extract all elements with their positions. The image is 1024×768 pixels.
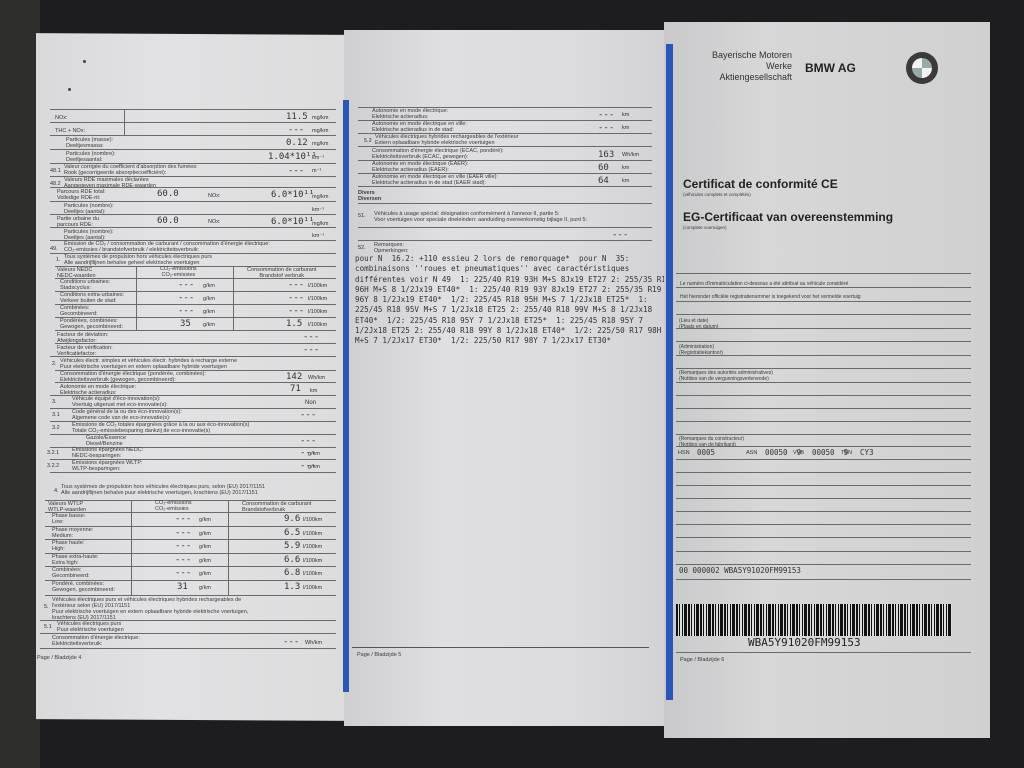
co2-value: ---: [178, 280, 194, 290]
label: Autonomie en mode électrique en ville (E…: [372, 174, 498, 186]
particulate-mass-value: 0.12: [286, 138, 308, 148]
electric-consumption-value: 142: [286, 372, 302, 382]
row-divider: [45, 595, 336, 596]
co2-value: ---: [178, 306, 194, 316]
label: Phase moyenne:Medium:: [52, 527, 93, 539]
row-divider: [55, 330, 336, 331]
co2-value: ---: [178, 293, 194, 303]
punch-hole: [83, 60, 86, 63]
label: Phase haute:High:: [52, 540, 84, 552]
unit: l/100km: [303, 517, 322, 523]
label: Autonomie en mode électrique en ville:El…: [372, 121, 467, 133]
unit: l/100km: [303, 544, 322, 550]
co2-value: ---: [175, 555, 191, 565]
page-footer: Page / Bladzijde 4: [37, 655, 81, 661]
value: ---: [300, 436, 316, 446]
fuel-value: 6.6: [284, 555, 300, 565]
row-divider: [358, 146, 652, 147]
fuel-value: 5.9: [284, 541, 300, 551]
background-seat: [0, 0, 40, 768]
unit: Wh/km: [622, 152, 639, 158]
value: ---: [598, 110, 614, 120]
unit: l/100km: [308, 309, 327, 315]
certificate-title-nl: EG-Certificaat van overeenstemming: [683, 210, 893, 224]
unit: g/km: [203, 296, 215, 302]
section-number: 3.: [52, 399, 57, 405]
fuel-value: 1.5: [286, 319, 302, 329]
unit: g/km: [203, 309, 215, 315]
value: Non: [305, 400, 316, 406]
electric-range-value: 71: [290, 384, 301, 394]
label: Phase extra-haute:Extra high:: [52, 554, 98, 566]
code-label: TSN: [841, 450, 852, 456]
label: Véhicule équipé d'éco-innovation(s):Voer…: [72, 396, 168, 408]
particulate-number-value: 1.04*10¹¹: [268, 152, 317, 162]
nox-value: 11.5: [286, 112, 308, 122]
unit: l/100km: [308, 283, 327, 289]
fuel-value: ---: [288, 280, 304, 290]
barcode-text: WBA5Y91020FM99153: [748, 636, 861, 649]
label: Émissions épargnées NEDC:NEDC-besparinge…: [72, 447, 143, 459]
label: Gazole/EssenceDiesel/Benzine: [86, 435, 126, 447]
unit: g/km: [199, 571, 211, 577]
section-number: 3.2.2: [47, 463, 59, 469]
label: Autonomie en mode électrique (EAER):Elek…: [372, 161, 468, 173]
unit: km: [622, 112, 629, 118]
section-number: 3.1: [52, 412, 60, 418]
blue-margin-stripe: [343, 100, 349, 692]
fuel-value: ---: [288, 306, 304, 316]
section-number: 3.2: [52, 425, 60, 431]
label: Autonomie en mode électrique:Elektrische…: [372, 108, 448, 120]
unit: l/100km: [303, 571, 322, 577]
page-footer: Page / Bladzijde 6: [680, 657, 724, 663]
row-divider: [358, 186, 652, 187]
company-name: Bayerische Motoren Werke Aktiengesellsch…: [688, 50, 792, 83]
co2-value: 35: [180, 319, 191, 329]
label: Combinées:Gecombineerd:: [60, 305, 98, 317]
row-divider: [45, 512, 336, 513]
vin-barcode: [676, 604, 952, 636]
co2-value: ---: [175, 541, 191, 551]
unit: l/100km: [303, 585, 322, 591]
nox-label: NOx:: [55, 115, 68, 121]
blue-margin-stripe: [666, 44, 673, 700]
section-number: 5.2: [364, 138, 372, 144]
value: 163: [598, 150, 614, 160]
unit: g/km: [203, 283, 215, 289]
label: Phase basse:Low:: [52, 513, 85, 525]
co2-value: ---: [175, 514, 191, 524]
rde-total-value: 60.0: [157, 189, 179, 199]
code-value: 0005: [697, 448, 715, 457]
unit: l/100km: [308, 296, 327, 302]
co2-value: 31: [177, 582, 188, 592]
fuel-value: 1.3: [284, 582, 300, 592]
unit: g/km: [199, 531, 211, 537]
label: Combinées:Gecombineerd:: [52, 567, 90, 579]
unit: km: [622, 165, 629, 171]
certificate-title-fr: Certificat de conformité CE: [683, 177, 838, 191]
code-label: HSN: [678, 450, 690, 456]
unit: l/100km: [303, 558, 322, 564]
code-label: ASN: [746, 450, 757, 456]
label: Code général de la ou des éco-innovation…: [72, 409, 182, 421]
unit: g/km: [199, 544, 211, 550]
value: ---: [300, 410, 316, 420]
unit: g/km: [203, 322, 215, 328]
label: Conditions extra-urbaines:Verkeer buiten…: [60, 292, 124, 304]
unit: km: [622, 125, 629, 131]
label: Consommation d'énergie électrique (ECAC,…: [372, 148, 504, 160]
thc-nox-label: THC + NOx:: [55, 128, 85, 134]
fuel-value: 6.8: [284, 568, 300, 578]
unit: g/km: [199, 585, 211, 591]
label: Pondéré, combinées:Gewogen, gecombineerd…: [52, 581, 115, 593]
page-footer: Page / Bladzijde 5: [357, 652, 401, 658]
fuel-value: ---: [288, 293, 304, 303]
unit: l/100km: [303, 531, 322, 537]
section-number: 3.2.1: [47, 450, 59, 456]
unit: g/km: [199, 558, 211, 564]
value: 60: [598, 163, 609, 173]
fuel-value: 9.6: [284, 514, 300, 524]
unit: km: [622, 178, 629, 184]
bmw-roundel-icon: [906, 52, 938, 84]
row-divider: [45, 539, 336, 540]
value: ---: [598, 123, 614, 133]
label: Émissions de CO₂ totales épargnées grâce…: [72, 422, 249, 434]
fuel-value: 6.5: [284, 528, 300, 538]
code-label: VVB: [793, 450, 804, 456]
unit: g/km: [308, 464, 320, 470]
co2-value: ---: [175, 528, 191, 538]
brand-name: BMW AG: [805, 61, 856, 75]
label: Véhicules électriques hybrides rechargea…: [375, 134, 519, 146]
label: Émissions épargnées WLTP:WLTP-besparinge…: [72, 460, 143, 472]
value: 64: [598, 176, 609, 186]
vin-id-line: 00 000002 WBA5Y91020FM99153: [679, 566, 801, 575]
unit: g/km: [308, 451, 320, 457]
remarks-text: pour N 16.2: +110 essieu 2 lors de remor…: [355, 254, 670, 347]
punch-hole: [68, 88, 71, 91]
label: Conditions urbaines:Stadscyclus:: [60, 279, 110, 291]
row-divider: [50, 472, 336, 473]
unit: l/100km: [308, 322, 327, 328]
co2-value: ---: [175, 568, 191, 578]
code-value: CY3: [860, 448, 874, 457]
label: Pondérées, combinées:Gewogen, gecombinee…: [60, 318, 123, 330]
unit: g/km: [199, 517, 211, 523]
